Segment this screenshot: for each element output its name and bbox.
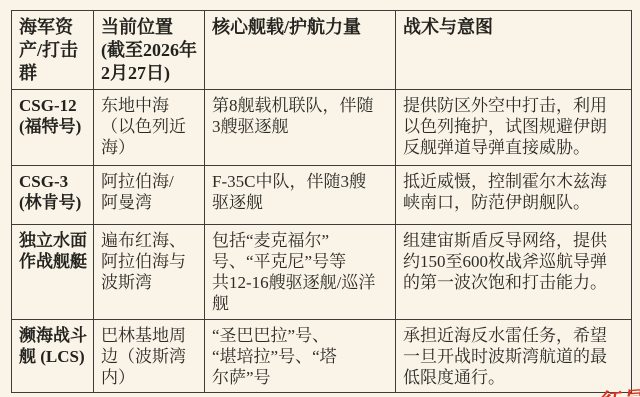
table-row-csg3: CSG-3 (林肯号) 阿拉伯海/ 阿曼湾 F-35C中队，伴随3艘 驱逐舰 抵… [12, 166, 632, 225]
table-row-csg12: CSG-12 (福特号) 东地中海 （以色列近 海） 第8舰载机联队，伴随 3艘… [12, 90, 632, 166]
table-row-lcs: 濒海战斗 舰 (LCS) 巴林基地周 边（波斯湾 内） “圣巴巴拉”号、 “堪培… [12, 320, 632, 393]
cell-forces: 包括“麦克福尔” 号、“平克尼”号等 共12-16艘驱逐舰/巡洋 舰 [205, 225, 396, 320]
naval-assets-table: 海军资 产/打击 群 当前位置 (截至2026年 2月27日) 核心舰载/护航力… [11, 10, 632, 393]
cell-forces: 第8舰载机联队，伴随 3艘驱逐舰 [205, 90, 396, 166]
cell-position: 阿拉伯海/ 阿曼湾 [94, 166, 205, 225]
table-header-row: 海军资 产/打击 群 当前位置 (截至2026年 2月27日) 核心舰载/护航力… [12, 11, 632, 90]
cell-tactics: 组建宙斯盾反导网络，提供 约150至600枚战斧巡航导弹 的第一波次饱和打击能力… [396, 225, 632, 320]
cell-asset: 独立水面 作战舰艇 [12, 225, 94, 320]
cell-tactics: 抵近威慑，控制霍尔木兹海 峡南口，防范伊朗舰队。 [396, 166, 632, 225]
header-cell-asset: 海军资 产/打击 群 [12, 11, 94, 90]
cell-forces: “圣巴巴拉”号、 “堪培拉”号、“塔 尔萨”号 [205, 320, 396, 393]
header-cell-tactics: 战术与意图 [396, 11, 632, 90]
cell-position: 巴林基地周 边（波斯湾 内） [94, 320, 205, 393]
cell-asset: 濒海战斗 舰 (LCS) [12, 320, 94, 393]
header-cell-forces: 核心舰载/护航力量 [205, 11, 396, 90]
cell-tactics: 提供防区外空中打击，利用 以色列掩护，试图规避伊朗 反舰弹道导弹直接威胁。 [396, 90, 632, 166]
cell-asset: CSG-3 (林肯号) [12, 166, 94, 225]
header-cell-position: 当前位置 (截至2026年 2月27日) [94, 11, 205, 90]
page: 海军资 产/打击 群 当前位置 (截至2026年 2月27日) 核心舰载/护航力… [0, 0, 640, 397]
cell-position: 遍布红海、 阿拉伯海与 波斯湾 [94, 225, 205, 320]
cell-forces: F-35C中队，伴随3艘 驱逐舰 [205, 166, 396, 225]
cell-tactics: 承担近海反水雷任务，希望 一旦开战时波斯湾航道的最 低限度通行。 [396, 320, 632, 393]
watermark-fragment: 红星 [597, 382, 640, 397]
cell-position: 东地中海 （以色列近 海） [94, 90, 205, 166]
cell-asset: CSG-12 (福特号) [12, 90, 94, 166]
table-row-surface-ships: 独立水面 作战舰艇 遍布红海、 阿拉伯海与 波斯湾 包括“麦克福尔” 号、“平克… [12, 225, 632, 320]
